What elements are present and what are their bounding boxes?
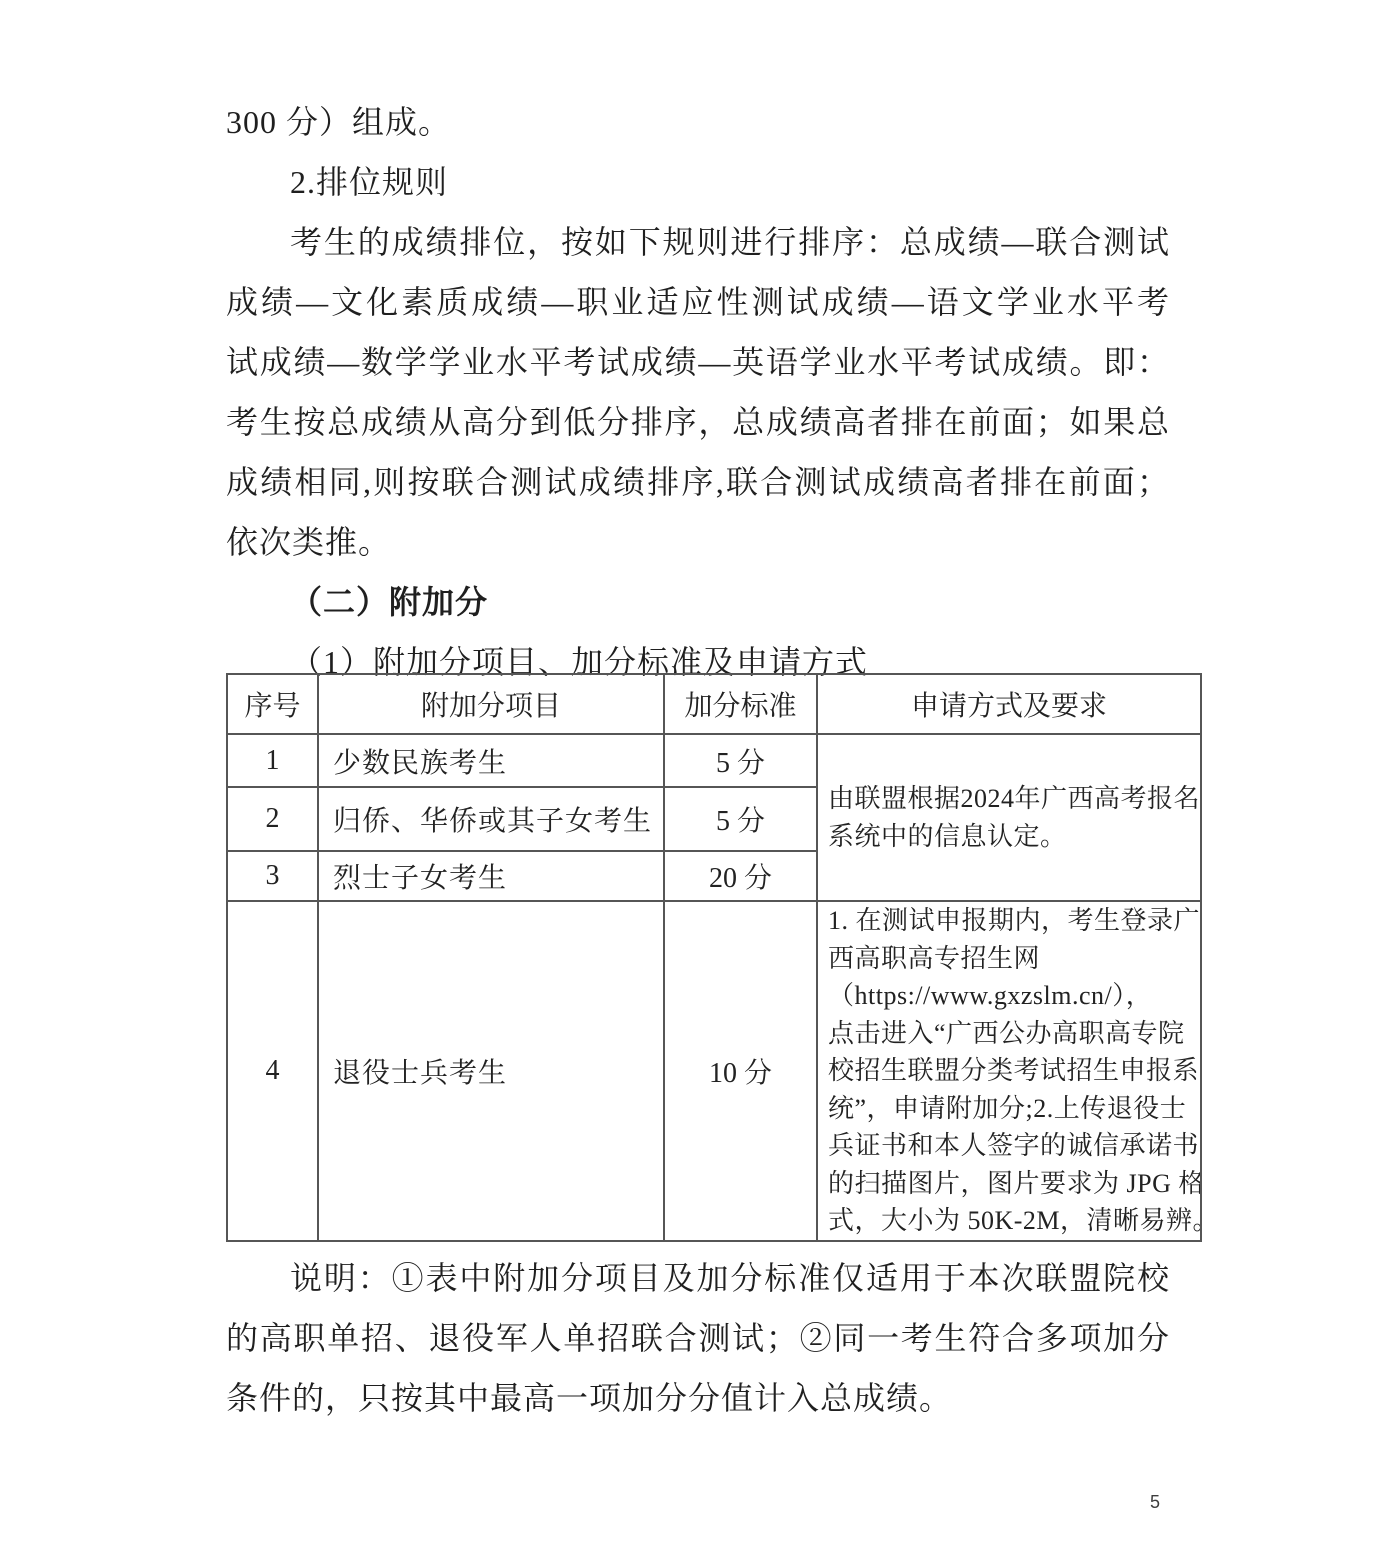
row1-item: 少数民族考生 [318,734,664,787]
table-row: 1 少数民族考生 5 分 由联盟根据2024年广西高考报名 系统中的信息认定。 [227,734,1201,787]
row4-req-line-3: （https://www.gxzslm.cn/）， [828,977,1196,1015]
row3-score: 20 分 [664,851,817,901]
row3-no: 3 [227,851,318,901]
merged-req-line-1: 由联盟根据2024年广西高考报名 [828,780,1196,818]
row1-no: 1 [227,734,318,787]
row4-item: 退役士兵考生 [318,901,664,1241]
row2-score: 5 分 [664,787,817,851]
ranking-line-5: 成绩相同,则按联合测试成绩排序,联合测试成绩高者排在前面； [226,452,1170,512]
row4-req-line-4: 点击进入“广西公办高职高专院 [828,1015,1196,1053]
ranking-line-6: 依次类推。 [226,512,1170,572]
row2-no: 2 [227,787,318,851]
ranking-line-3: 试成绩—数学学业水平考试成绩—英语学业水平考试成绩。即： [226,332,1170,392]
bonus-heading: （二）附加分 [226,572,1170,632]
row4-req-line-1: 1. 在测试申报期内，考生登录广 [828,902,1196,940]
bonus-points-table: 序号 附加分项目 加分标准 申请方式及要求 1 少数民族考生 5 分 由联盟根据… [226,673,1202,1242]
row4-no: 4 [227,901,318,1241]
row4-req-line-6: 统”，申请附加分;2.上传退役士 [828,1090,1196,1128]
header-method: 申请方式及要求 [817,674,1201,734]
merged-req-line-2: 系统中的信息认定。 [828,818,1196,856]
merged-requirement-cell: 由联盟根据2024年广西高考报名 系统中的信息认定。 [817,734,1201,901]
ranking-line-2: 成绩—文化素质成绩—职业适应性测试成绩—语文学业水平考 [226,272,1170,332]
row4-req-line-2: 西高职高专招生网 [828,940,1196,978]
note-line-1: 说明：①表中附加分项目及加分标准仅适用于本次联盟院校 [226,1248,1170,1308]
note-line-2: 的高职单招、退役军人单招联合测试；②同一考生符合多项加分 [226,1308,1170,1368]
upper-text-block: 300 分）组成。 2.排位规则 考生的成绩排位，按如下规则进行排序：总成绩—联… [226,92,1170,692]
row4-score: 10 分 [664,901,817,1241]
row3-item: 烈士子女考生 [318,851,664,901]
intro-line: 300 分）组成。 [226,92,1170,152]
table-header-row: 序号 附加分项目 加分标准 申请方式及要求 [227,674,1201,734]
row4-req-line-8: 的扫描图片，图片要求为 JPG 格 [828,1165,1196,1203]
ranking-line-4: 考生按总成绩从高分到低分排序，总成绩高者排在前面；如果总 [226,392,1170,452]
ranking-line-1: 考生的成绩排位，按如下规则进行排序：总成绩—联合测试 [226,212,1170,272]
row4-requirement-cell: 1. 在测试申报期内，考生登录广 西高职高专招生网 （https://www.g… [817,901,1201,1241]
row4-req-line-7: 兵证书和本人签字的诚信承诺书 [828,1127,1196,1165]
page-number: 5 [1150,1492,1160,1513]
note-text-block: 说明：①表中附加分项目及加分标准仅适用于本次联盟院校 的高职单招、退役军人单招联… [226,1248,1170,1428]
section2-heading: 2.排位规则 [226,152,1170,212]
note-line-3: 条件的，只按其中最高一项加分分值计入总成绩。 [226,1368,1170,1428]
header-score: 加分标准 [664,674,817,734]
table-row: 4 退役士兵考生 10 分 1. 在测试申报期内，考生登录广 西高职高专招生网 … [227,901,1201,1241]
row1-score: 5 分 [664,734,817,787]
document-page: 300 分）组成。 2.排位规则 考生的成绩排位，按如下规则进行排序：总成绩—联… [0,0,1379,1543]
row4-req-line-5: 校招生联盟分类考试招生申报系 [828,1052,1196,1090]
header-item: 附加分项目 [318,674,664,734]
header-no: 序号 [227,674,318,734]
row4-req-line-9: 式，大小为 50K-2M，清晰易辨。 [828,1202,1196,1240]
row2-item: 归侨、华侨或其子女考生 [318,787,664,851]
